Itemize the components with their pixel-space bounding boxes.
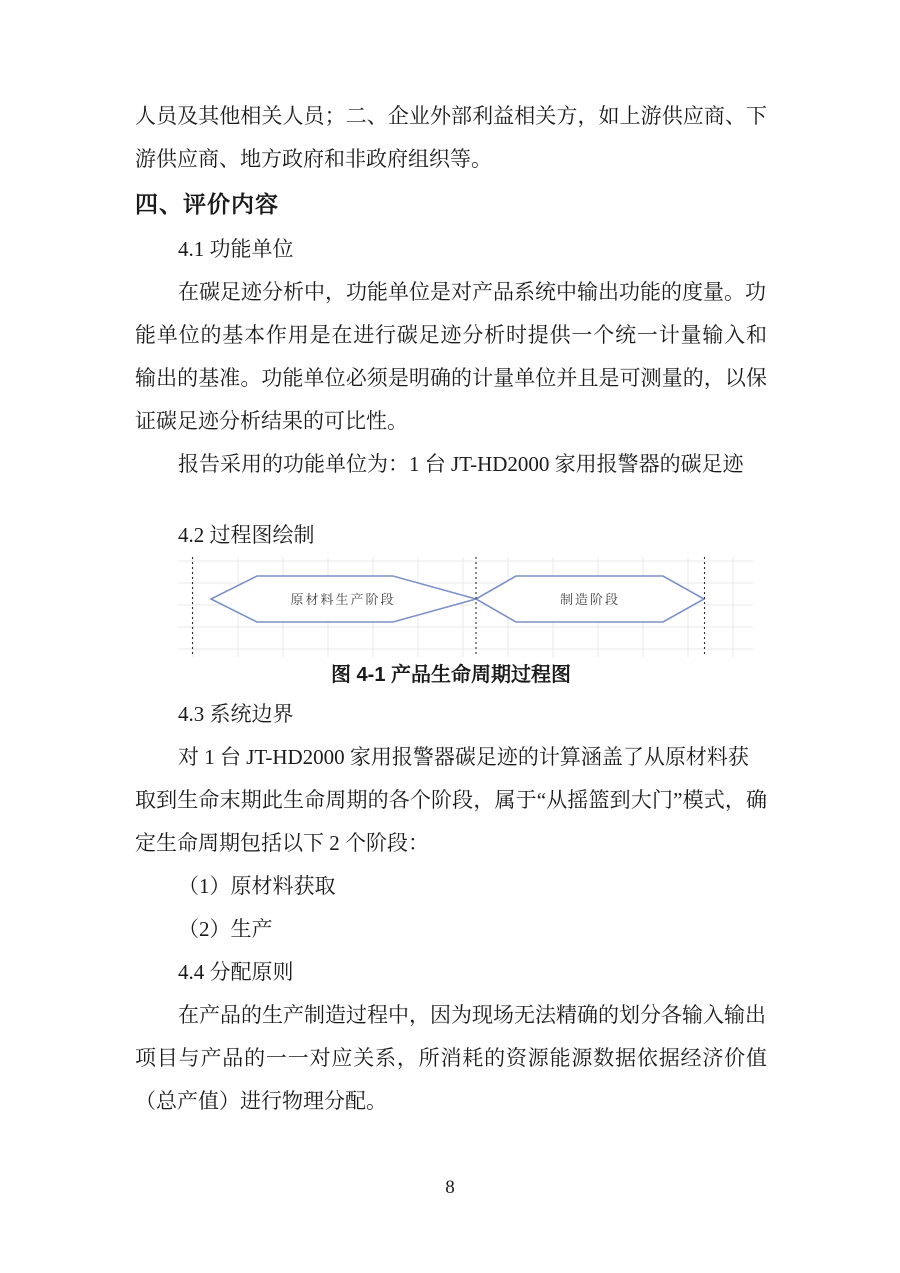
subsection-title-44: 4.4 分配原则 — [135, 951, 767, 994]
blank-line — [135, 486, 767, 514]
text-line: 能单位的基本作用是在进行碳足迹分析时提供一个统一计量输入和 — [135, 314, 767, 357]
text-line: 取到生命末期此生命周期的各个阶段，属于“从摇篮到大门”模式，确 — [135, 779, 767, 822]
document-page: 人员及其他相关人员；二、企业外部利益相关方，如上游供应商、下 游供应商、地方政府… — [0, 0, 900, 1273]
process-flow-diagram: 原材料生产阶段 制造阶段 — [178, 557, 753, 657]
stage-label-manufacturing: 制造阶段 — [560, 592, 620, 607]
text-line: （总产值）进行物理分配。 — [135, 1080, 767, 1123]
subsection-title-42: 4.2 过程图绘制 — [135, 514, 767, 557]
text-line: 游供应商、地方政府和非政府组织等。 — [135, 138, 767, 181]
text-line: 项目与产品的一一对应关系，所消耗的资源能源数据依据经济价值 — [135, 1037, 767, 1080]
text-line: 在产品的生产制造过程中，因为现场无法精确的划分各输入输出 — [135, 994, 767, 1037]
text-line: 报告采用的功能单位为：1 台 JT-HD2000 家用报警器的碳足迹 — [135, 443, 767, 486]
process-flow-figure: 原材料生产阶段 制造阶段 — [135, 557, 767, 657]
text-line: 在碳足迹分析中，功能单位是对产品系统中输出功能的度量。功 — [135, 271, 767, 314]
text-line: 证碳足迹分析结果的可比性。 — [135, 400, 767, 443]
stage-label-raw-material: 原材料生产阶段 — [290, 592, 395, 607]
list-item: （1）原材料获取 — [135, 865, 767, 908]
section-heading: 四、评价内容 — [135, 181, 767, 228]
text-line: 输出的基准。功能单位必须是明确的计量单位并且是可测量的，以保 — [135, 357, 767, 400]
page-number: 8 — [0, 1166, 900, 1209]
subsection-title-41: 4.1 功能单位 — [135, 228, 767, 271]
document-body: 人员及其他相关人员；二、企业外部利益相关方，如上游供应商、下 游供应商、地方政府… — [135, 95, 767, 1123]
text-line: 对 1 台 JT-HD2000 家用报警器碳足迹的计算涵盖了从原材料获 — [135, 736, 767, 779]
text-line: 人员及其他相关人员；二、企业外部利益相关方，如上游供应商、下 — [135, 95, 767, 138]
list-item: （2）生产 — [135, 908, 767, 951]
text-line: 定生命周期包括以下 2 个阶段： — [135, 822, 767, 865]
figure-caption: 图 4-1 产品生命周期过程图 — [135, 657, 767, 693]
subsection-title-43: 4.3 系统边界 — [135, 693, 767, 736]
